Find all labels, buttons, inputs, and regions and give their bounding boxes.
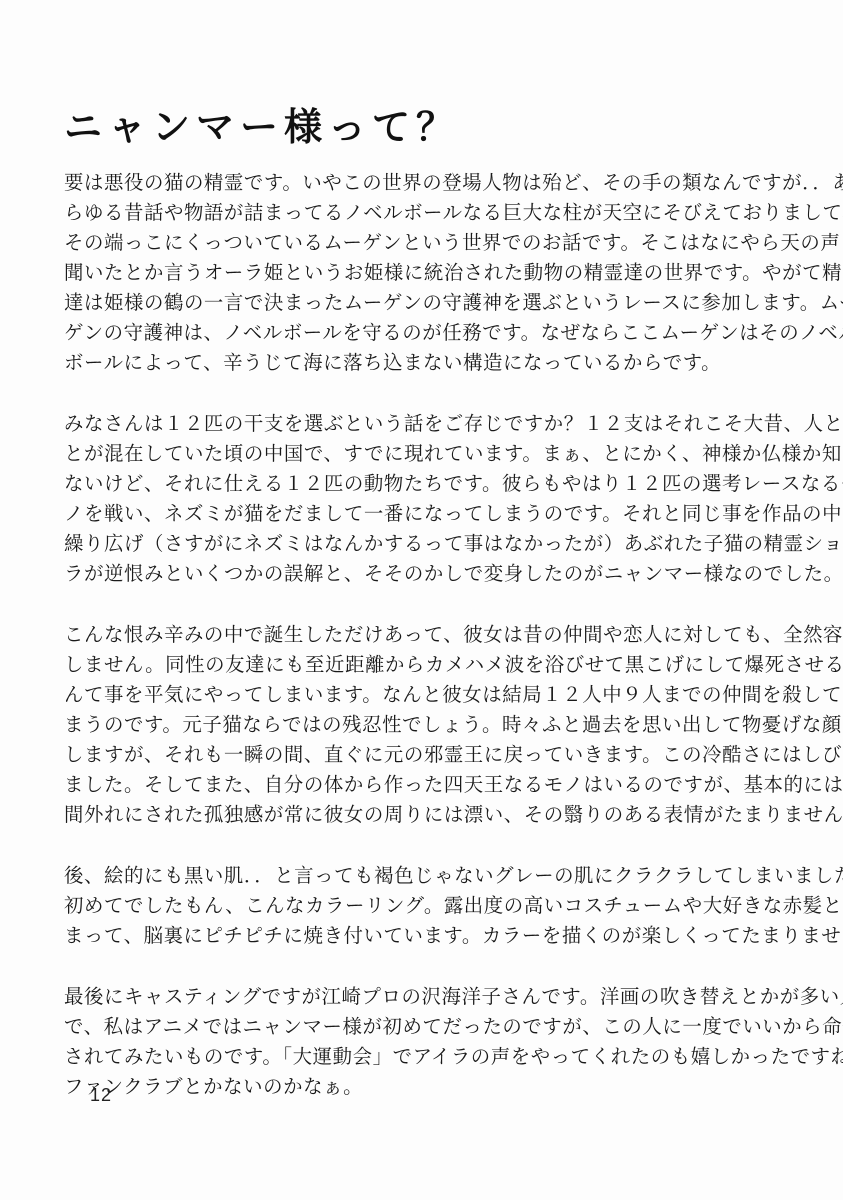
text-line: とが混在していた頃の中国で、すでに現れています。まぁ、とにかく、神様か仏様か知ら	[64, 439, 784, 469]
text-line: 後、絵的にも黒い肌．．と言っても褐色じゃないグレーの肌にクラクラしてしまいました…	[64, 861, 784, 891]
paragraph-5: 最後にキャスティングですが江崎プロの沢海洋子さんです。洋画の吹き替えとかが多い人…	[64, 982, 784, 1102]
text-line: ました。そしてまた、自分の体から作った四天王なるモノはいるのですが、基本的には仲	[64, 770, 784, 800]
text-line: らゆる昔話や物語が詰まってるノベルボールなる巨大な柱が天空にそびえておりまして、	[64, 198, 784, 228]
text-line: ないけど、それに仕える１２匹の動物たちです。彼らもやはり１２匹の選考レースなるモ	[64, 469, 784, 499]
text-line: ボールによって、辛うじて海に落ち込まない構造になっているからです。	[64, 348, 784, 378]
text-line: ラが逆恨みといくつかの誤解と、そそのかしで変身したのがニャンマー様なのでした。	[64, 559, 784, 589]
text-line: しません。同性の友達にも至近距離からカメハメ波を浴びせて黒こげにして爆死させるな	[64, 650, 784, 680]
text-line: まって、脳裏にピチピチに焼き付いています。カラーを描くのが楽しくってたまりません	[64, 921, 784, 951]
text-line: 間外れにされた孤独感が常に彼女の周りには漂い、その翳りのある表情がたまりません。	[64, 800, 784, 830]
text-line: 最後にキャスティングですが江崎プロの沢海洋子さんです。洋画の吹き替えとかが多い人	[64, 982, 784, 1012]
text-line: 聞いたとか言うオーラ姫というお姫様に統治された動物の精霊達の世界です。やがて精霊	[64, 258, 784, 288]
paragraph-3: こんな恨み辛みの中で誕生しただけあって、彼女は昔の仲間や恋人に対しても、全然容赦…	[64, 620, 784, 830]
text-line: 達は姫様の鶴の一言で決まったムーゲンの守護神を選ぶというレースに参加します。ムー	[64, 288, 784, 318]
text-line: されてみたいものです。「大運動会」でアイラの声をやってくれたのも嬉しかったですね…	[64, 1042, 784, 1072]
text-line: しますが、それも一瞬の間、直ぐに元の邪霊王に戻っていきます。この冷酷さにはしびれ	[64, 740, 784, 770]
article-body: 要は悪役の猫の精霊です。いやこの世界の登場人物は殆ど、その手の類なんですが．．あ…	[64, 168, 784, 1133]
document-page: ニャンマー様って？ 要は悪役の猫の精霊です。いやこの世界の登場人物は殆ど、その手…	[0, 0, 843, 1200]
paragraph-2: みなさんは１２匹の干支を選ぶという話をご存じですか？１２支はそれこそ大昔、人と神…	[64, 409, 784, 589]
page-number: 12	[90, 1085, 112, 1106]
text-line: 初めてでしたもん、こんなカラーリング。露出度の高いコスチュームや大好きな赤髪と相	[64, 891, 784, 921]
paragraph-4: 後、絵的にも黒い肌．．と言っても褐色じゃないグレーの肌にクラクラしてしまいました…	[64, 861, 784, 951]
text-line: んて事を平気にやってしまいます。なんと彼女は結局１２人中９人までの仲間を殺してし	[64, 680, 784, 710]
text-line: 繰り広げ（さすがにネズミはなんかするって事はなかったが）あぶれた子猫の精霊ショコ	[64, 529, 784, 559]
page-title: ニャンマー様って？	[64, 96, 460, 151]
text-line: ファンクラブとかないのかなぁ。	[64, 1072, 784, 1102]
text-line: 要は悪役の猫の精霊です。いやこの世界の登場人物は殆ど、その手の類なんですが．．あ	[64, 168, 784, 198]
text-line: みなさんは１２匹の干支を選ぶという話をご存じですか？１２支はそれこそ大昔、人と神	[64, 409, 784, 439]
text-line: まうのです。元子猫ならではの残忍性でしょう。時々ふと過去を思い出して物憂げな顔も	[64, 710, 784, 740]
text-line: こんな恨み辛みの中で誕生しただけあって、彼女は昔の仲間や恋人に対しても、全然容赦	[64, 620, 784, 650]
text-line: ノを戦い、ネズミが猫をだまして一番になってしまうのです。それと同じ事を作品の中で	[64, 499, 784, 529]
text-line: ゲンの守護神は、ノベルボールを守るのが任務です。なぜならここムーゲンはそのノベル	[64, 318, 784, 348]
text-line: その端っこにくっついているムーゲンという世界でのお話です。そこはなにやら天の声を	[64, 228, 784, 258]
text-line: で、私はアニメではニャンマー様が初めてだったのですが、この人に一度でいいから命令	[64, 1012, 784, 1042]
paragraph-1: 要は悪役の猫の精霊です。いやこの世界の登場人物は殆ど、その手の類なんですが．．あ…	[64, 168, 784, 378]
